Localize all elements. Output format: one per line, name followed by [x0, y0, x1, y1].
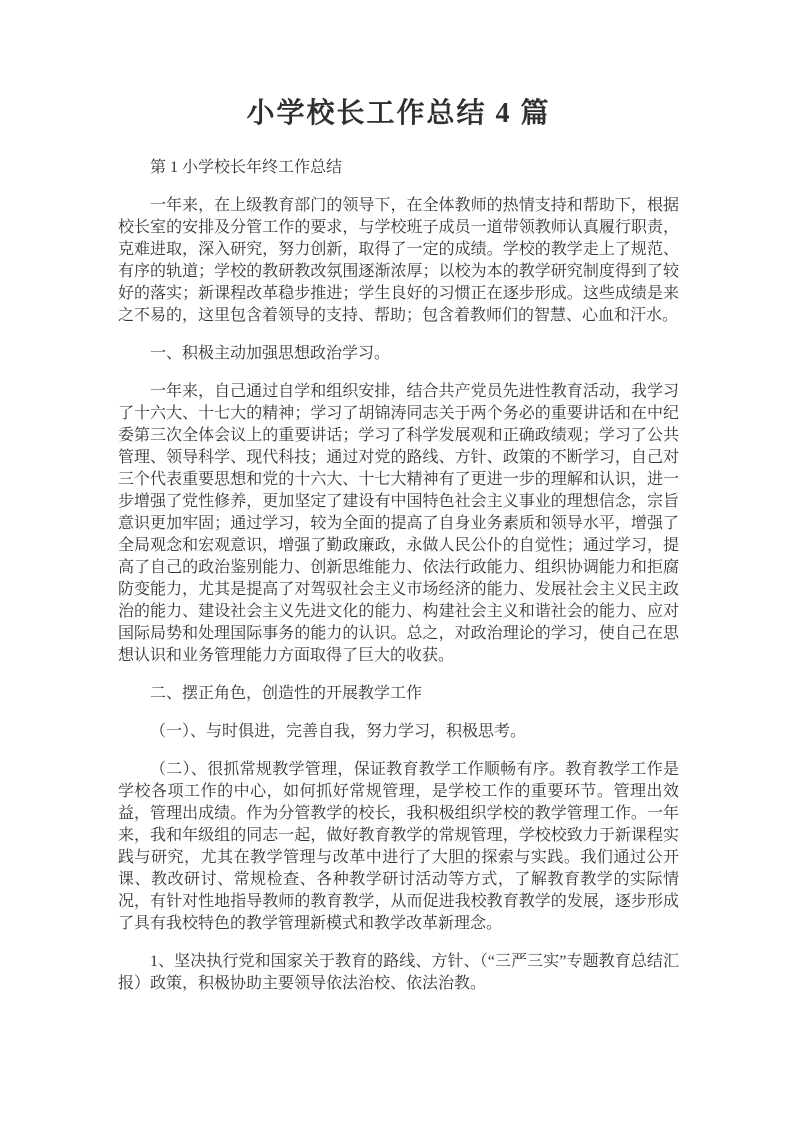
document-title: 小学校长工作总结 4 篇 [118, 96, 679, 132]
sub-heading-2-1: （一）、与时俱进，完善自我，努力学习，积极思考。 [118, 721, 679, 743]
section-heading-2: 二、摆正角色，创造性的开展教学工作 [118, 683, 679, 705]
body-paragraph-teaching-management: （二）、很抓常规教学管理，保证教育教学工作顺畅有序。教育教学工作是学校各项工作的… [118, 759, 679, 935]
document-page: 小学校长工作总结 4 篇 第 1 小学校长年终工作总结 一年来，在上级教育部门的… [0, 0, 793, 1122]
section-heading-1: 一、积极主动加强思想政治学习。 [118, 343, 679, 365]
body-paragraph-political-study: 一年来，自己通过自学和组织安排，结合共产党员先进性教育活动，我学习了十六大、十七… [118, 381, 679, 667]
body-paragraph-policy: 1、坚决执行党和国家关于教育的路线、方针、（“三严三实”专题教育总结汇报）政策，… [118, 951, 679, 995]
body-paragraph-intro: 一年来，在上级教育部门的领导下，在全体教师的热情支持和帮助下，根据校长室的安排及… [118, 195, 679, 327]
document-body: 第 1 小学校长年终工作总结 一年来，在上级教育部门的领导下，在全体教师的热情支… [118, 157, 679, 995]
doc-subtitle: 第 1 小学校长年终工作总结 [118, 157, 679, 179]
